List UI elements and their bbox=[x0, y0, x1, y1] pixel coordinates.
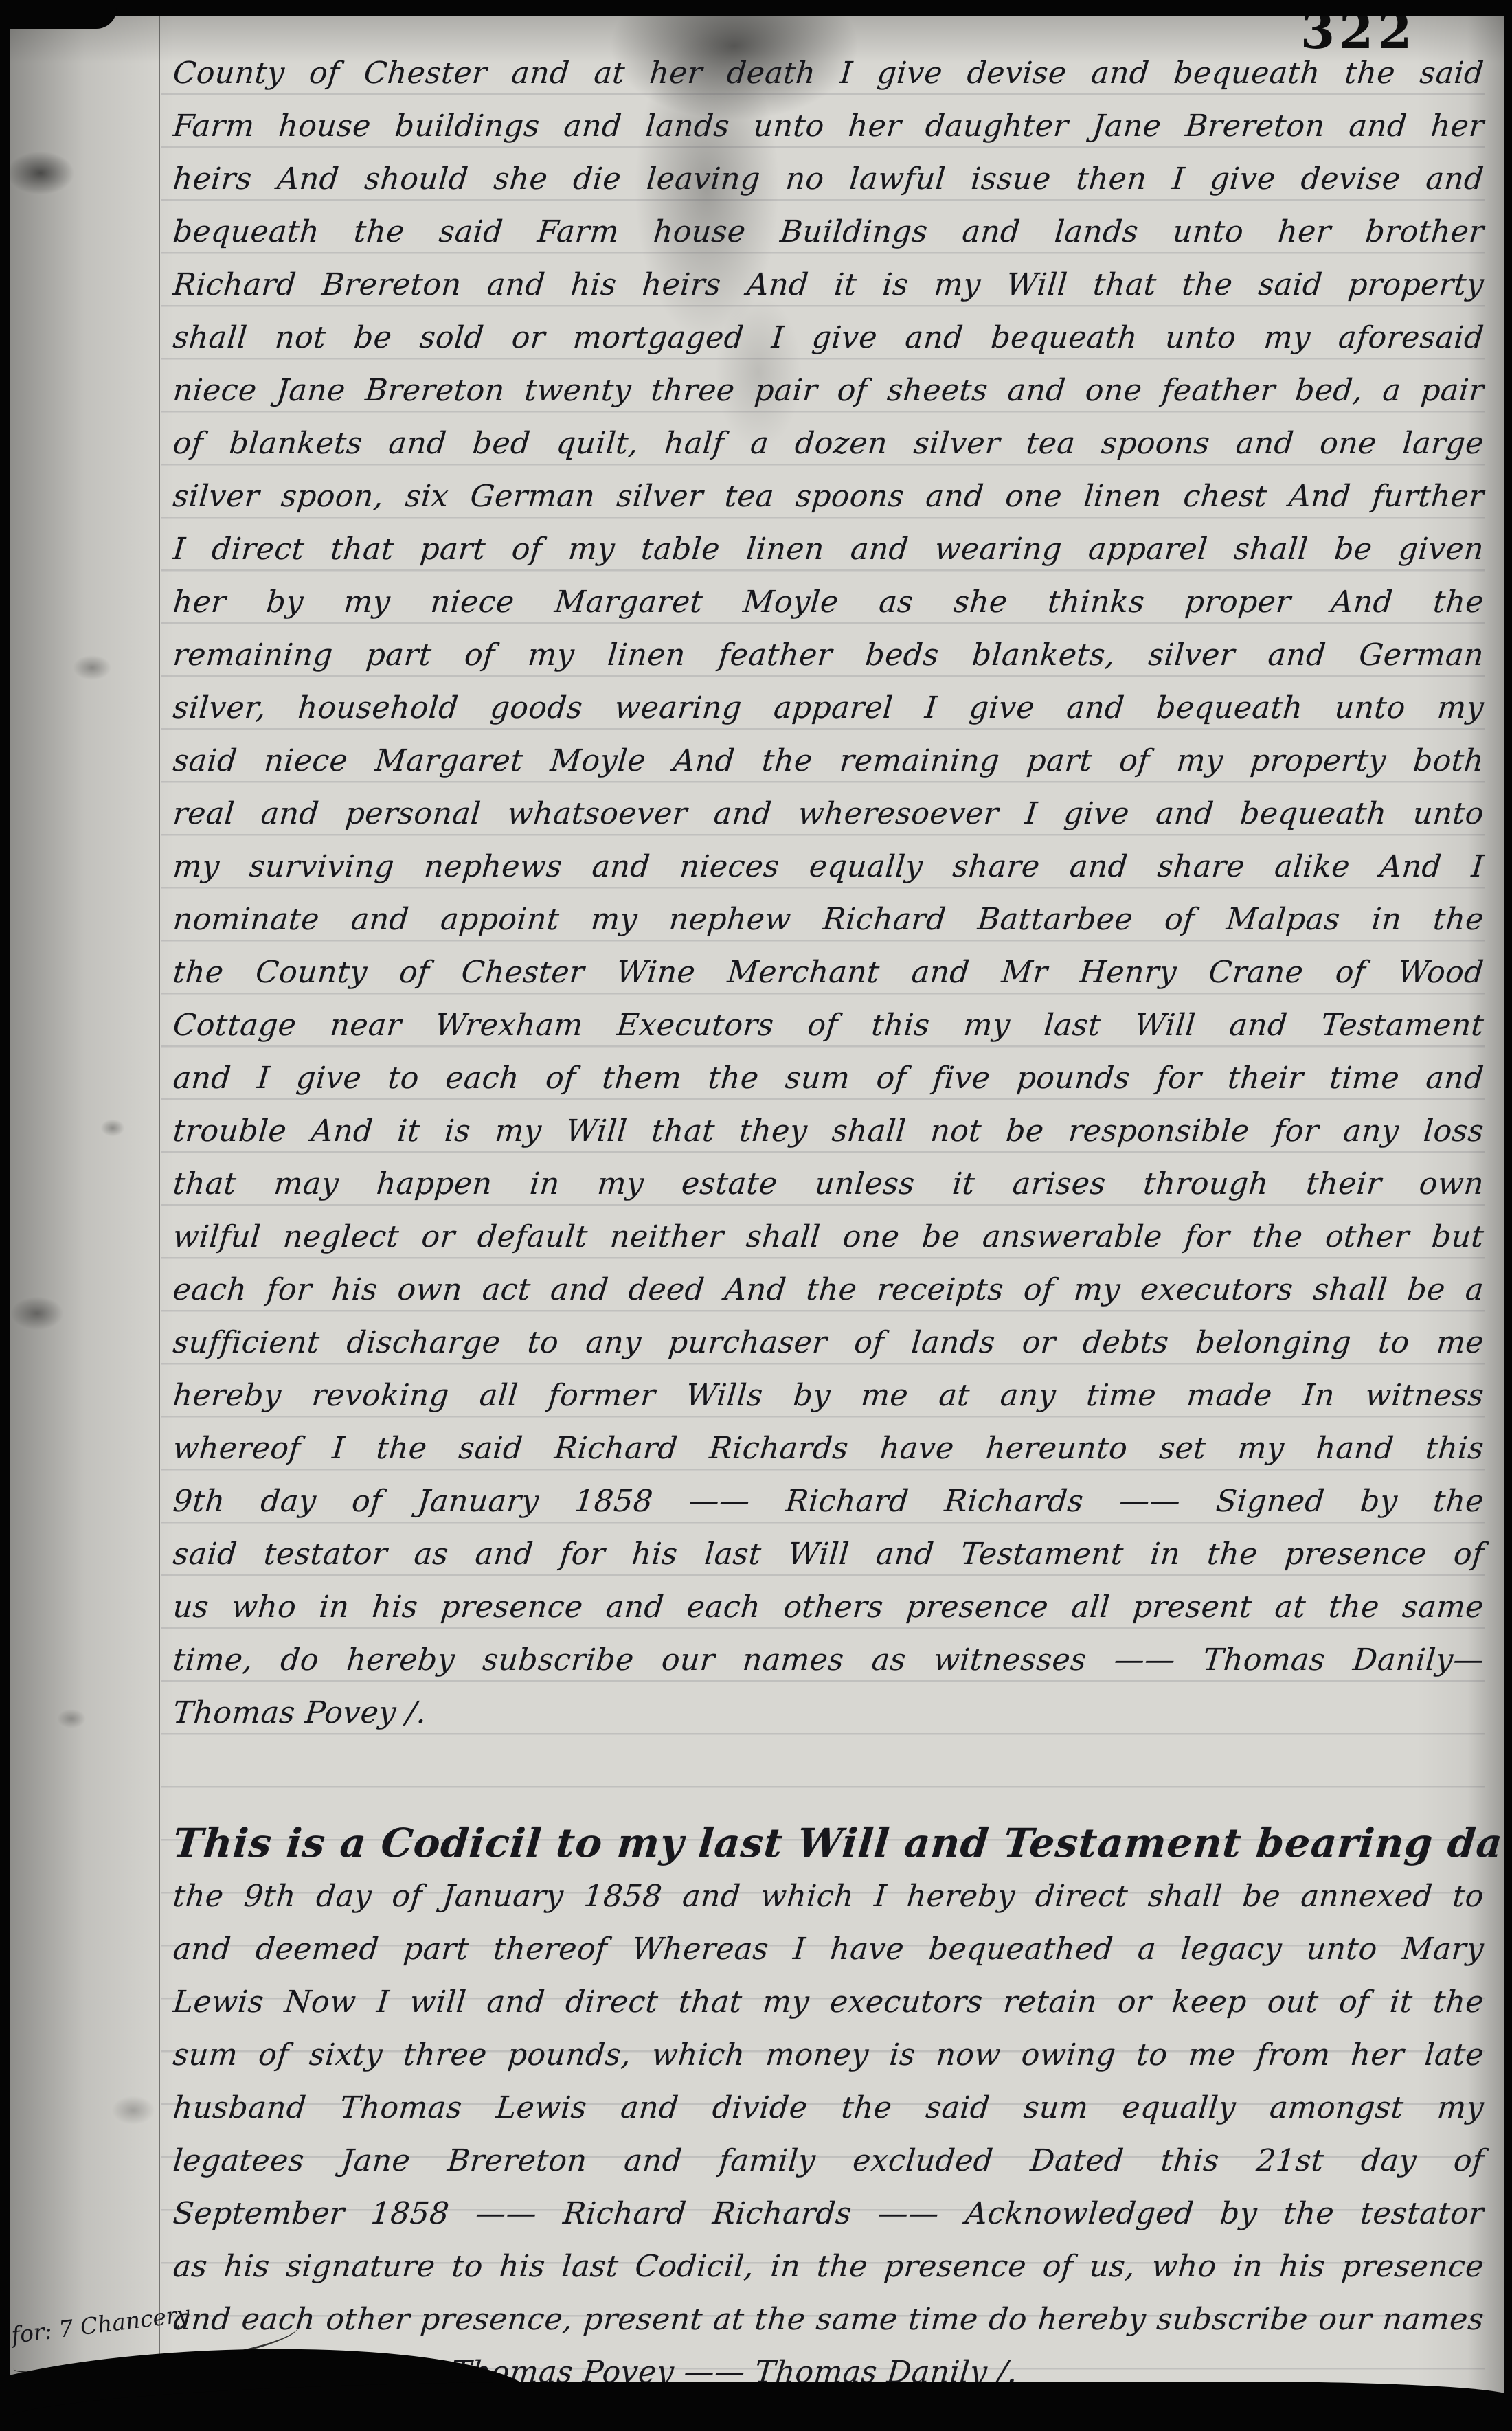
manuscript-line: legatees Jane Brereton and family exclud… bbox=[171, 2134, 1487, 2187]
margin-rule bbox=[159, 15, 160, 2431]
manuscript-line: silver, household goods wearing apparel … bbox=[171, 681, 1487, 734]
manuscript-line: that may happen in my estate unless it a… bbox=[171, 1157, 1487, 1210]
manuscript-line: each for his own act and deed And the re… bbox=[171, 1263, 1487, 1316]
manuscript-line: Richard Brereton and his heirs And it is… bbox=[171, 258, 1487, 311]
manuscript-line: hereby revoking all former Wills by me a… bbox=[171, 1369, 1487, 1422]
scan-border-left bbox=[0, 0, 10, 2431]
manuscript-line: my surviving nephews and nieces equally … bbox=[171, 840, 1487, 893]
manuscript-line: sum of sixty three pounds, which money i… bbox=[171, 2028, 1487, 2081]
manuscript-line: whereof I the said Richard Richards have… bbox=[171, 1422, 1487, 1475]
manuscript-line: of blankets and bed quilt, half a dozen … bbox=[171, 417, 1487, 470]
manuscript-line: wilful neglect or default neither shall … bbox=[171, 1210, 1487, 1263]
manuscript-line: heirs And should she die leaving no lawf… bbox=[171, 152, 1487, 205]
manuscript-line: September 1858 —— Richard Richards —— Ac… bbox=[171, 2187, 1487, 2240]
manuscript-line: trouble And it is my Will that they shal… bbox=[171, 1105, 1487, 1157]
manuscript-line: the 9th day of January 1858 and which I … bbox=[171, 1870, 1487, 1923]
manuscript-line: 9th day of January 1858 —— Richard Richa… bbox=[171, 1475, 1487, 1528]
will-paragraph: County of Chester and at her death I giv… bbox=[173, 47, 1484, 1739]
manuscript-line: Lewis Now I will and direct that my exec… bbox=[171, 1976, 1487, 2028]
manuscript-line: bequeath the said Farm house Buildings a… bbox=[171, 205, 1487, 258]
manuscript-line: Farm house buildings and lands unto her … bbox=[171, 100, 1487, 152]
manuscript-line: This is a Codicil to my last Will and Te… bbox=[171, 1817, 1487, 1870]
manuscript-line: niece Jane Brereton twenty three pair of… bbox=[171, 364, 1487, 417]
manuscript-line: I direct that part of my table linen and… bbox=[171, 523, 1487, 576]
manuscript-line: County of Chester and at her death I giv… bbox=[171, 47, 1487, 100]
manuscript-line: us who in his presence and each others p… bbox=[171, 1581, 1487, 1633]
manuscript-line: as his signature to his last Codicil, in… bbox=[171, 2240, 1487, 2293]
manuscript-line: the County of Chester Wine Merchant and … bbox=[171, 946, 1487, 999]
manuscript-line: and I give to each of them the sum of fi… bbox=[171, 1052, 1487, 1105]
manuscript-line: nominate and appoint my nephew Richard B… bbox=[171, 893, 1487, 946]
manuscript-line: Cottage near Wrexham Executors of this m… bbox=[171, 999, 1487, 1052]
scan-border-top-left bbox=[0, 0, 117, 29]
scanned-will-page: 322 County of Chester and at her death I… bbox=[0, 0, 1512, 2431]
manuscript-line: remaining part of my linen feather beds … bbox=[171, 629, 1487, 681]
scan-border-top bbox=[0, 0, 1512, 16]
manuscript-line: and each other presence, present at the … bbox=[171, 2293, 1487, 2346]
manuscript-line: Thomas Povey /. bbox=[171, 1686, 1487, 1739]
manuscript-line: real and personal whatsoever and whereso… bbox=[171, 787, 1487, 840]
codicil-paragraph: This is a Codicil to my last Will and Te… bbox=[173, 1817, 1484, 2399]
manuscript-line: husband Thomas Lewis and divide the said… bbox=[171, 2081, 1487, 2134]
scan-border-right bbox=[1504, 0, 1512, 2431]
manuscript-line: sufficient discharge to any purchaser of… bbox=[171, 1316, 1487, 1369]
manuscript-line: said niece Margaret Moyle And the remain… bbox=[171, 734, 1487, 787]
manuscript-line: her by my niece Margaret Moyle as she th… bbox=[171, 576, 1487, 629]
manuscript-line: said testator as and for his last Will a… bbox=[171, 1528, 1487, 1581]
manuscript-line: shall not be sold or mortgaged I give an… bbox=[171, 311, 1487, 364]
manuscript-line: time, do hereby subscribe our names as w… bbox=[171, 1633, 1487, 1686]
manuscript-line: silver spoon, six German silver tea spoo… bbox=[171, 470, 1487, 523]
manuscript-line: and deemed part thereof Whereas I have b… bbox=[171, 1923, 1487, 1976]
